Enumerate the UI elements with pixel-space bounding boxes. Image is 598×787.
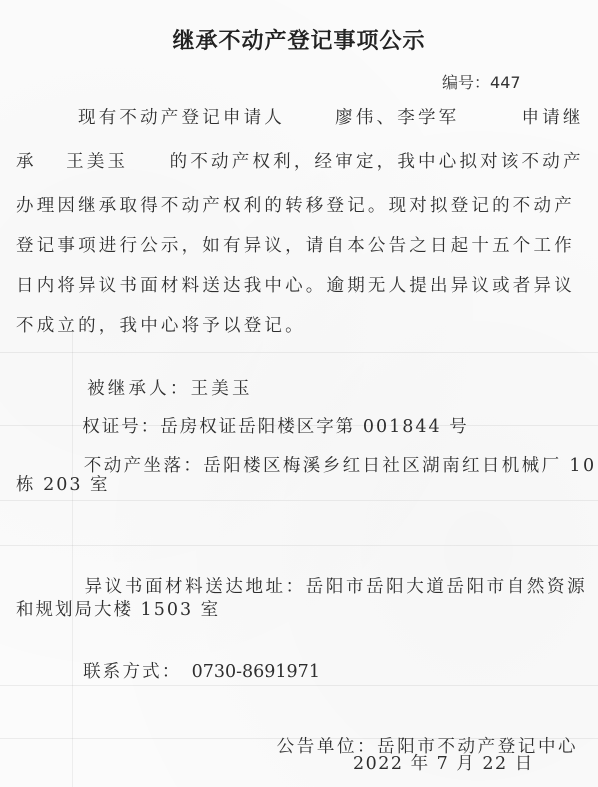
contact-field: 联系方式：0730-8691971 [52,638,320,703]
document-number: 编号：447 [442,70,521,93]
document-number-label: 编号： [442,73,490,92]
objection-address-continued: 和规划局大楼 1503 室 [16,596,220,621]
objection-address-label: 异议书面材料送达地址： [85,577,306,597]
body-paragraph-line: 不成立的，我中心将予以登记。 [16,312,306,337]
body-paragraph-line: 现有不动产登记申请人 廖伟、李学军 申请继 [78,104,584,129]
page-title: 继承不动产登记事项公示 [0,24,598,55]
location-value-continued: 栋 203 室 [16,471,110,496]
body-paragraph-line: 办理因继承取得不动产权利的转移登记。现对拟登记的不动产 [16,192,575,217]
scan-artifact-line [0,545,598,546]
document-number-value: 447 [490,73,521,92]
scanned-notice-page: 继承不动产登记事项公示 编号：447 现有不动产登记申请人 廖伟、李学军 申请继… [0,0,598,787]
location-field: 不动产坐落：岳阳楼区梅溪乡红日社区湖南红日机械厂 10 [52,432,597,497]
issue-date: 2022 年 7 月 22 日 [353,750,534,775]
contact-value: 0730-8691971 [192,662,320,682]
contact-label: 联系方式： [83,662,182,682]
body-paragraph-line: 登记事项进行公示，如有异议，请自本公告之日起十五个工作 [16,232,575,257]
location-value: 岳阳楼区梅溪乡红日社区湖南红日机械厂 10 [203,456,596,476]
scan-artifact-line [0,352,598,353]
body-paragraph-line: 承 王美玉 的不动产权利，经审定，我中心拟对该不动产 [16,148,584,173]
objection-address-value: 岳阳市岳阳大道岳阳市自然资源 [306,577,587,597]
body-paragraph-line: 日内将异议书面材料送达我中心。逾期无人提出异议或者异议 [16,272,575,297]
scan-artifact-line [0,500,598,501]
